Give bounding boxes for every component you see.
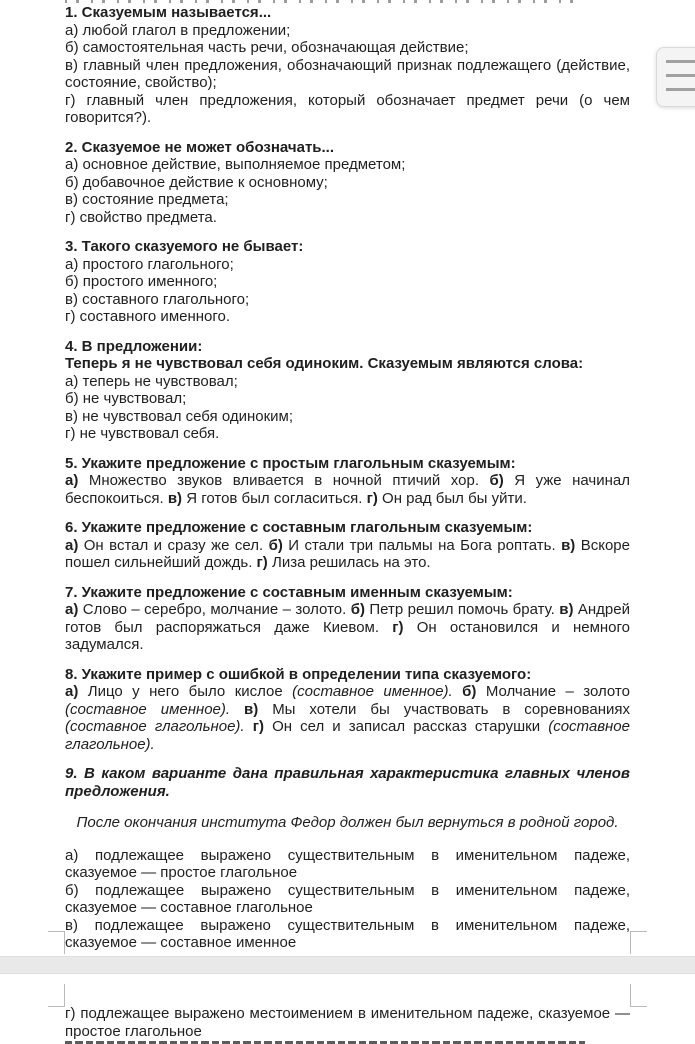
- italic-run: (составное именное).: [292, 683, 453, 700]
- paragraph: б) подлежащее выражено существительным в…: [65, 882, 630, 917]
- option-letter-or-bold-run: б): [462, 683, 486, 700]
- page-1-content: 1. Сказуемым называется...а) любой глаго…: [65, 4, 630, 956]
- paragraph: г) главный член предложения, который обо…: [65, 92, 630, 127]
- paragraph: в) подлежащее выражено существительным в…: [65, 917, 630, 952]
- question-2: 2. Сказуемое не может обозначать...а) ос…: [65, 139, 630, 227]
- text-run: б) подлежащее выражено существительным в…: [65, 882, 630, 917]
- hamburger-menu-icon: [666, 60, 695, 102]
- paragraph: в) состояние предмета;: [65, 191, 630, 209]
- question-heading: 9. В каком варианте дана правильная хара…: [65, 765, 630, 800]
- text-run: [453, 683, 462, 700]
- question-9-sentence: После окончания института Федор должен б…: [65, 814, 630, 832]
- text-run: а) подлежащее выражено существительным в…: [65, 847, 630, 882]
- paragraph: б) не чувствовал;: [65, 390, 630, 408]
- example-sentence: После окончания института Федор должен б…: [65, 814, 630, 832]
- text-run: [230, 701, 244, 718]
- option-letter-or-bold-run: 2. Сказуемое не может обозначать...: [65, 139, 334, 156]
- option-letter-or-bold-run: г): [392, 619, 416, 636]
- text-run: Он рад был бы уйти.: [382, 490, 527, 507]
- option-letter-or-bold-run: 1. Сказуемым называется...: [65, 4, 271, 21]
- question-heading: 3. Такого сказуемого не бывает:: [65, 238, 630, 256]
- paragraph: б) простого именного;: [65, 273, 630, 291]
- paragraph: г) составного именного.: [65, 308, 630, 326]
- page1-bottom-left-corner-mark: [48, 931, 65, 954]
- question-heading: 6. Укажите предложение с составным глаго…: [65, 519, 630, 537]
- option-letter-or-bold-run: 9. В каком варианте дана правильная хара…: [65, 765, 630, 800]
- question-heading: 7. Укажите предложение с составным именн…: [65, 584, 630, 602]
- paragraph: г) подлежащее выражено местоимением в им…: [65, 1005, 630, 1040]
- document-viewer: 1. Сказуемым называется...а) любой глаго…: [0, 0, 695, 1044]
- text-run: Множество звуков вливается в ночной птич…: [89, 472, 490, 489]
- question-heading: 2. Сказуемое не может обозначать...: [65, 139, 630, 157]
- page2-top-left-corner-mark: [48, 984, 65, 1007]
- question-heading: 5. Укажите предложение с простым глаголь…: [65, 455, 630, 473]
- question-heading: Теперь я не чувствовал себя одиноким. Ск…: [65, 355, 630, 373]
- option-letter-or-bold-run: а): [65, 601, 83, 618]
- text-run: б) самостоятельная часть речи, обозначаю…: [65, 39, 469, 56]
- text-run: б) простого именного;: [65, 273, 217, 290]
- question-9-options: а) подлежащее выражено существительным в…: [65, 847, 630, 952]
- text-run: г) подлежащее выражено местоимением в им…: [65, 1005, 630, 1040]
- document-page-2[interactable]: г) подлежащее выражено местоимением в им…: [0, 974, 695, 1044]
- paragraph: а) теперь не чувствовал;: [65, 373, 630, 391]
- paragraph: а) Слово – серебро, молчание – золото. б…: [65, 601, 630, 654]
- question-4: 4. В предложении:Теперь я не чувствовал …: [65, 338, 630, 443]
- paragraph: а) подлежащее выражено существительным в…: [65, 847, 630, 882]
- paragraph: б) самостоятельная часть речи, обозначаю…: [65, 39, 630, 57]
- paragraph: а) простого глагольного;: [65, 256, 630, 274]
- text-run: г) не чувствовал себя.: [65, 425, 219, 442]
- text-run: г) составного именного.: [65, 308, 230, 325]
- menu-button[interactable]: [656, 47, 695, 107]
- question-heading: 8. Укажите пример с ошибкой в определени…: [65, 666, 630, 684]
- option-letter-or-bold-run: 5. Укажите предложение с простым глаголь…: [65, 455, 516, 472]
- option-letter-or-bold-run: б): [351, 601, 370, 618]
- option-letter-or-bold-run: в): [561, 537, 581, 554]
- italic-run: (составное именное).: [65, 701, 230, 718]
- page-gap-separator: [0, 956, 695, 974]
- question-9-option-g: г) подлежащее выражено местоимением в им…: [65, 1005, 630, 1040]
- paragraph: г) свойство предмета.: [65, 209, 630, 227]
- paragraph: а) любой глагол в предложении;: [65, 22, 630, 40]
- option-letter-or-bold-run: 3. Такого сказуемого не бывает:: [65, 238, 303, 255]
- paragraph: г) не чувствовал себя.: [65, 425, 630, 443]
- option-letter-or-bold-run: г): [367, 490, 382, 507]
- paragraph: а) Лицо у него было кислое (составное им…: [65, 683, 630, 753]
- text-run: г) главный член предложения, который обо…: [65, 92, 630, 127]
- paragraph: в) не чувствовал себя одиноким;: [65, 408, 630, 426]
- text-run: [245, 718, 253, 735]
- text-run: Молчание – золото: [486, 683, 630, 700]
- question-heading: 1. Сказуемым называется...: [65, 4, 630, 22]
- option-letter-or-bold-run: в): [244, 701, 272, 718]
- text-run: И стали три пальмы на Бога роптать.: [288, 537, 561, 554]
- option-letter-or-bold-run: 6. Укажите предложение с составным глаго…: [65, 519, 532, 536]
- paragraph: в) главный член предложения, обозначающи…: [65, 57, 630, 92]
- text-run: Слово – серебро, молчание – золото.: [83, 601, 351, 618]
- option-letter-or-bold-run: Теперь я не чувствовал себя одиноким. Ск…: [65, 355, 583, 372]
- question-5: 5. Укажите предложение с простым глаголь…: [65, 455, 630, 508]
- text-run: Лиза решилась на это.: [272, 554, 431, 571]
- paragraph: б) добавочное действие к основному;: [65, 174, 630, 192]
- question-7: 7. Укажите предложение с составным именн…: [65, 584, 630, 654]
- text-run: Я готов был согласиться.: [186, 490, 366, 507]
- option-letter-or-bold-run: 4. В предложении:: [65, 338, 202, 355]
- text-run: а) теперь не чувствовал;: [65, 373, 238, 390]
- text-run: а) основное действие, выполняемое предме…: [65, 156, 405, 173]
- text-run: в) не чувствовал себя одиноким;: [65, 408, 293, 425]
- paragraph: а) основное действие, выполняемое предме…: [65, 156, 630, 174]
- paragraph: а) Он встал и сразу же сел. б) И стали т…: [65, 537, 630, 572]
- page1-bottom-right-corner-mark: [630, 931, 647, 954]
- option-letter-or-bold-run: г): [253, 718, 272, 735]
- italic-run: (составное глагольное).: [65, 718, 245, 735]
- text-run: в) составного глагольного;: [65, 291, 249, 308]
- paragraph: в) составного глагольного;: [65, 291, 630, 309]
- question-9-heading: 9. В каком варианте дана правильная хара…: [65, 765, 630, 800]
- text-run: в) состояние предмета;: [65, 191, 229, 208]
- text-run: Он сел и записал рассказ старушки: [272, 718, 548, 735]
- question-8: 8. Укажите пример с ошибкой в определени…: [65, 666, 630, 754]
- option-letter-or-bold-run: г): [257, 554, 272, 571]
- cut-off-text-line-top: [65, 0, 585, 3]
- paragraph: а) Множество звуков вливается в ночной п…: [65, 472, 630, 507]
- text-run: б) добавочное действие к основному;: [65, 174, 328, 191]
- text-run: а) простого глагольного;: [65, 256, 234, 273]
- text-run: Петр решил помочь брату.: [369, 601, 559, 618]
- text-run: а) любой глагол в предложении;: [65, 22, 290, 39]
- document-page-1[interactable]: 1. Сказуемым называется...а) любой глаго…: [0, 0, 695, 956]
- text-run: в) подлежащее выражено существительным в…: [65, 917, 630, 952]
- text-run: Он встал и сразу же сел.: [84, 537, 269, 554]
- option-letter-or-bold-run: а): [65, 683, 88, 700]
- option-letter-or-bold-run: а): [65, 472, 89, 489]
- option-letter-or-bold-run: 8. Укажите пример с ошибкой в определени…: [65, 666, 531, 683]
- question-heading: 4. В предложении:: [65, 338, 630, 356]
- question-6: 6. Укажите предложение с составным глаго…: [65, 519, 630, 572]
- text-run: б) не чувствовал;: [65, 390, 186, 407]
- page-2-content: г) подлежащее выражено местоимением в им…: [65, 1005, 630, 1044]
- text-run: в) главный член предложения, обозначающи…: [65, 57, 630, 92]
- option-letter-or-bold-run: б): [269, 537, 289, 554]
- option-letter-or-bold-run: а): [65, 537, 84, 554]
- option-letter-or-bold-run: в): [559, 601, 578, 618]
- question-1: 1. Сказуемым называется...а) любой глаго…: [65, 4, 630, 127]
- text-run: Лицо у него было кислое: [88, 683, 292, 700]
- text-run: Мы хотели бы участвовать в соревнованиях: [272, 701, 630, 718]
- italic-run: После окончания института Федор должен б…: [76, 814, 618, 831]
- text-run: г) свойство предмета.: [65, 209, 217, 226]
- question-3: 3. Такого сказуемого не бывает:а) просто…: [65, 238, 630, 326]
- option-letter-or-bold-run: 7. Укажите предложение с составным именн…: [65, 584, 513, 601]
- option-letter-or-bold-run: в): [168, 490, 186, 507]
- page2-top-right-corner-mark: [630, 984, 647, 1007]
- option-letter-or-bold-run: б): [489, 472, 514, 489]
